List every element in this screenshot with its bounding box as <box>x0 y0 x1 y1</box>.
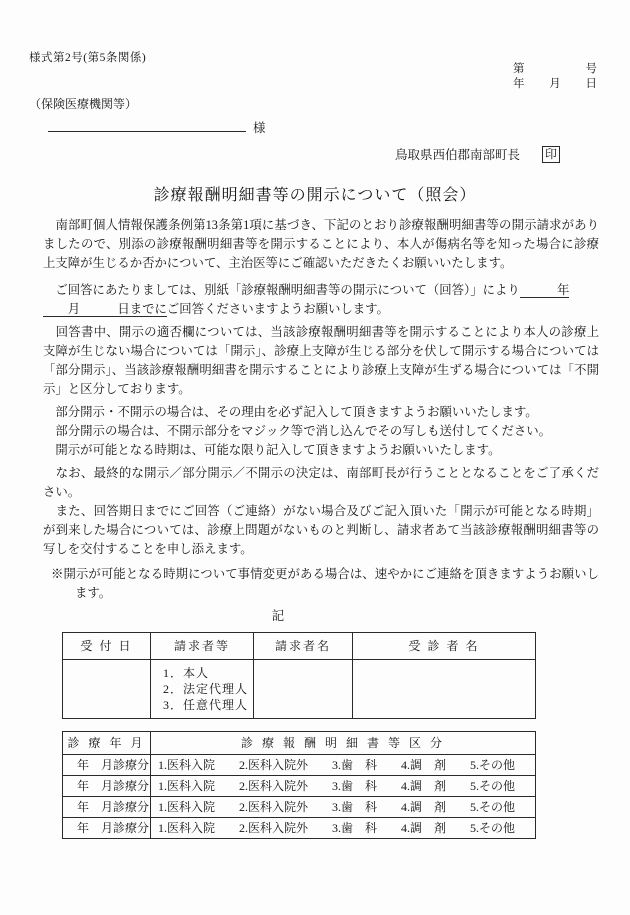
requester-name-cell <box>254 660 353 719</box>
statement-category-table: 診 療 年 月 診 療 報 酬 明 細 書 等 区 分 年 月診療分 1.医科入… <box>62 731 536 839</box>
paragraph-reply-deadline: ご回答にあたりましては、別紙「診療報酬明細書等の開示について（回答）」により 年… <box>43 281 599 319</box>
table-row: 年 月診療分 1.医科入院 2.医科入院外 3.歯 科 4.調 剤 5.その他 <box>63 755 536 776</box>
option-self: 1．本人 <box>163 665 253 681</box>
table-row: 年 月診療分 1.医科入院 2.医科入院外 3.歯 科 4.調 剤 5.その他 <box>63 776 536 797</box>
date-line: 年 月 日 <box>513 77 597 92</box>
date-year-label: 年 <box>513 77 525 92</box>
treatment-period-cell: 年 月診療分 <box>63 755 151 776</box>
category-options-cell: 1.医科入院 2.医科入院外 3.歯 科 4.調 剤 5.その他 <box>151 755 536 776</box>
table-header-row: 受 付 日 請求者等 請求者名 受 診 者 名 <box>63 633 536 660</box>
paragraph-final-decision: なお、最終的な開示／部分開示／不開示の決定は、南部町長が行うこととなることをご了… <box>43 464 599 502</box>
header-treatment-period: 診 療 年 月 <box>63 732 151 755</box>
deadline-year-blank: 年 <box>520 283 570 298</box>
document-page: 様式第2号(第5条関係) 第 号 年 月 日 （保険医療機関等） 様 鳥取県西伯… <box>0 0 630 915</box>
table-row: 1．本人 2．法定代理人 3．任意代理人 <box>63 660 536 719</box>
treatment-period-cell: 年 月診療分 <box>63 818 151 839</box>
instruction-reason: 部分開示・不開示の場合は、その理由を必ず記入して頂きますようお願いいたします。 <box>43 403 599 422</box>
date-month-label: 月 <box>549 77 561 92</box>
header-statement-category: 診 療 報 酬 明 細 書 等 区 分 <box>151 732 536 755</box>
recipient-name-blank <box>48 116 246 132</box>
doc-no-suffix: 号 <box>586 62 598 77</box>
paragraph-intro: 南部町個人情報保護条例第13条第1項に基づき、下記のとおり診療報酬明細書等の開示… <box>43 216 599 273</box>
header-reception-date: 受 付 日 <box>63 633 151 660</box>
header-requester-type: 請求者等 <box>151 633 254 660</box>
mayor-name: 鳥取県西伯郡南部町長 <box>395 145 520 163</box>
option-legal-representative: 2．法定代理人 <box>163 681 253 697</box>
ki-marker: 記 <box>43 607 513 626</box>
reply-deadline-rest: ご回答くださいますようお願いします。 <box>167 302 389 316</box>
date-day-label: 日 <box>586 77 598 92</box>
note-circumstance-change: ※開示が可能となる時期について事情変更がある場合は、速やかにご連絡を頂きますよう… <box>43 565 599 603</box>
patient-name-cell <box>353 660 536 719</box>
table-row: 年 月診療分 1.医科入院 2.医科入院外 3.歯 科 4.調 剤 5.その他 <box>63 818 536 839</box>
form-number: 様式第2号(第5条関係) <box>29 49 146 65</box>
option-voluntary-representative: 3．任意代理人 <box>163 697 253 713</box>
instruction-timing: 開示が可能となる時期は、可能な限り記入して頂きますようお願いいたします。 <box>43 441 599 460</box>
request-info-table: 受 付 日 請求者等 請求者名 受 診 者 名 1．本人 2．法定代理人 3．任… <box>62 632 536 719</box>
document-body: 南部町個人情報保護条例第13条第1項に基づき、下記のとおり診療報酬明細書等の開示… <box>43 216 599 839</box>
document-number-block: 第 号 年 月 日 <box>513 62 597 92</box>
header-patient-name: 受 診 者 名 <box>353 633 536 660</box>
treatment-period-cell: 年 月診療分 <box>63 797 151 818</box>
reception-date-cell <box>63 660 151 719</box>
document-number-line: 第 号 <box>513 62 597 77</box>
table-row: 年 月診療分 1.医科入院 2.医科入院外 3.歯 科 4.調 剤 5.その他 <box>63 797 536 818</box>
paragraph-disclosure-categories: 回答書中、開示の適否欄については、当該診療報酬明細書等を開示することにより本人の… <box>43 323 599 399</box>
seal-box: 印 <box>542 146 560 163</box>
reply-deadline-text: ご回答にあたりましては、別紙「診療報酬明細書等の開示について（回答）」により <box>43 283 520 297</box>
deadline-month-day-blank: 月 日までに <box>43 302 167 317</box>
recipient-honorific: 様 <box>253 121 266 135</box>
addressee-category-label: （保険医療機関等） <box>29 95 137 112</box>
header-requester-name: 請求者名 <box>254 633 353 660</box>
category-options-cell: 1.医科入院 2.医科入院外 3.歯 科 4.調 剤 5.その他 <box>151 776 536 797</box>
requester-type-options-cell: 1．本人 2．法定代理人 3．任意代理人 <box>151 660 254 719</box>
instruction-partial-disclosure: 部分開示の場合は、不開示部分をマジック等で消し込んでその写しも送付してください。 <box>43 422 599 441</box>
category-options-cell: 1.医科入院 2.医科入院外 3.歯 科 4.調 剤 5.その他 <box>151 797 536 818</box>
page-title: 診療報酬明細書等の開示について（照会） <box>0 182 630 205</box>
paragraph-no-reply: また、回答期日までにご回答（ご連絡）がない場合及びご記入頂いた「開示が可能となる… <box>43 502 599 559</box>
recipient-line: 様 <box>48 116 266 136</box>
doc-no-prefix: 第 <box>513 62 525 77</box>
table-header-row: 診 療 年 月 診 療 報 酬 明 細 書 等 区 分 <box>63 732 536 755</box>
category-options-cell: 1.医科入院 2.医科入院外 3.歯 科 4.調 剤 5.その他 <box>151 818 536 839</box>
sender-line: 鳥取県西伯郡南部町長 印 <box>395 145 560 163</box>
treatment-period-cell: 年 月診療分 <box>63 776 151 797</box>
